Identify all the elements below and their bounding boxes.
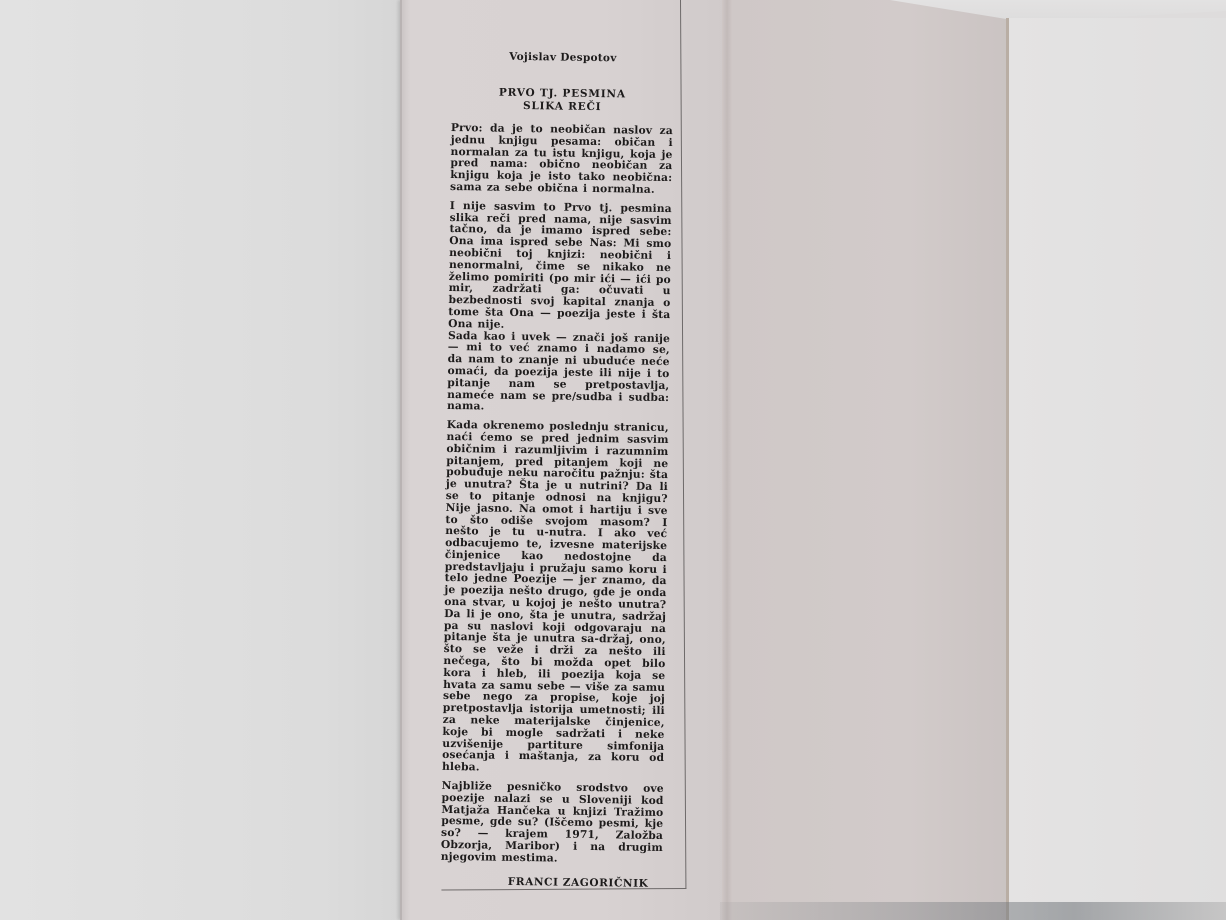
- paragraph-3: Sada kao i uvek — znači još ranije — mi …: [447, 330, 670, 416]
- title-line-2: SLIKA REČI: [451, 99, 673, 115]
- flap-text: Vojislav Despotov PRVO TJ. PESMINA SLIKA…: [440, 50, 674, 890]
- paragraph-2: I nije sasvim to Prvo tj. pesmina slika …: [448, 200, 672, 333]
- paragraph-1: Prvo: da je to neobičan naslov za jednu …: [450, 122, 673, 196]
- flap-fold: [722, 0, 732, 920]
- flap-edge: [400, 0, 402, 920]
- paragraph-4: Kada okrenemo poslednju stranicu, naći ć…: [442, 419, 669, 776]
- inner-cover: [732, 0, 1024, 920]
- essay-title: PRVO TJ. PESMINA SLIKA REČI: [451, 86, 673, 115]
- table-surface: [0, 0, 400, 920]
- paragraph-5: Najbliže pesničko srodstvo ove poezije n…: [441, 780, 664, 866]
- author-name: Vojislav Despotov: [452, 50, 674, 65]
- endpaper-page: [1006, 18, 1226, 920]
- bottom-shadow: [720, 902, 1226, 920]
